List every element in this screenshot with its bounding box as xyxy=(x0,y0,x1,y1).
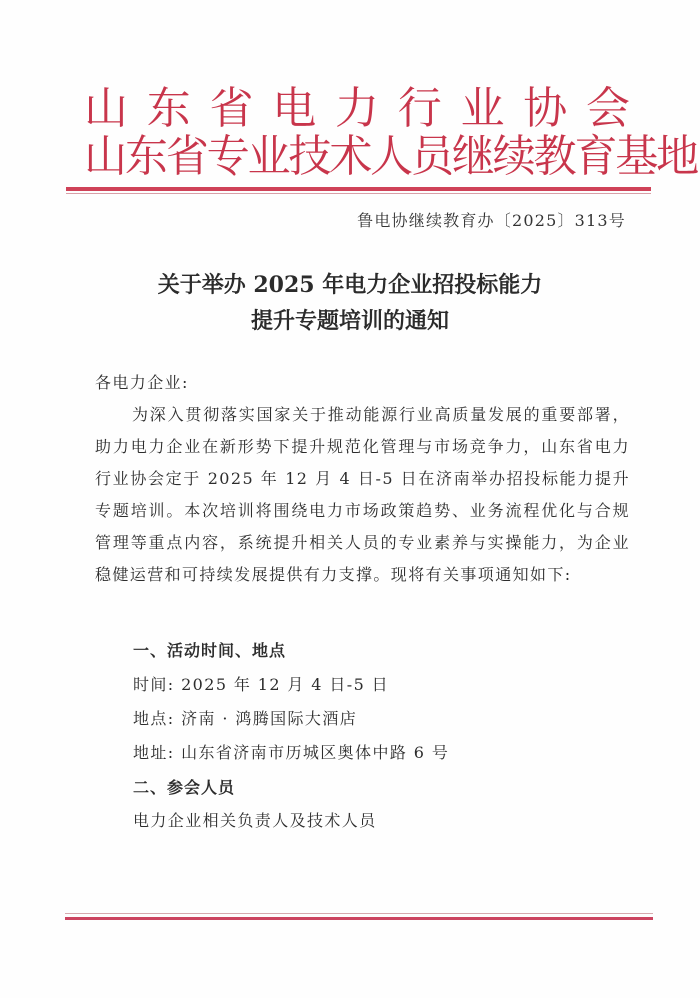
org-char: 山 xyxy=(84,84,128,134)
header-rule-thin xyxy=(66,193,651,194)
org-char: 东 xyxy=(147,84,191,134)
org-char: 电 xyxy=(272,84,316,134)
section-heading-time-venue: 一、活动时间、地点 xyxy=(133,638,286,661)
document-title-line1: 关于举办 2025 年电力企业招投标能力 xyxy=(0,268,700,299)
org-char: 省 xyxy=(210,84,254,134)
event-venue: 地点: 济南 · 鸿腾国际大酒店 xyxy=(133,706,357,729)
event-time: 时间: 2025 年 12 月 4 日-5 日 xyxy=(133,672,389,695)
footer-rule-thick xyxy=(65,917,653,920)
footer-rule-thin xyxy=(65,913,653,914)
section-heading-attendees: 二、参会人员 xyxy=(133,775,235,798)
document-number: 鲁电协继续教育办〔2025〕313号 xyxy=(357,208,626,231)
org-name-primary: 山 东 省 电 力 行 业 协 会 xyxy=(84,84,630,134)
org-char: 协 xyxy=(523,84,567,134)
document-title-line2: 提升专题培训的通知 xyxy=(0,304,700,335)
org-char: 会 xyxy=(586,84,630,134)
org-char: 行 xyxy=(398,84,442,134)
salutation: 各电力企业: xyxy=(95,367,189,399)
org-char: 业 xyxy=(461,84,505,134)
attendees-text: 电力企业相关负责人及技术人员 xyxy=(133,808,377,831)
org-char: 力 xyxy=(335,84,379,134)
body-paragraph: 为深入贯彻落实国家关于推动能源行业高质量发展的重要部署，助力电力企业在新形势下提… xyxy=(95,399,630,591)
header-rule-thick xyxy=(66,187,651,191)
event-address: 地址: 山东省济南市历城区奥体中路 6 号 xyxy=(133,740,449,763)
org-name-secondary: 山东省专业技术人员继续教育基地 xyxy=(84,132,621,182)
